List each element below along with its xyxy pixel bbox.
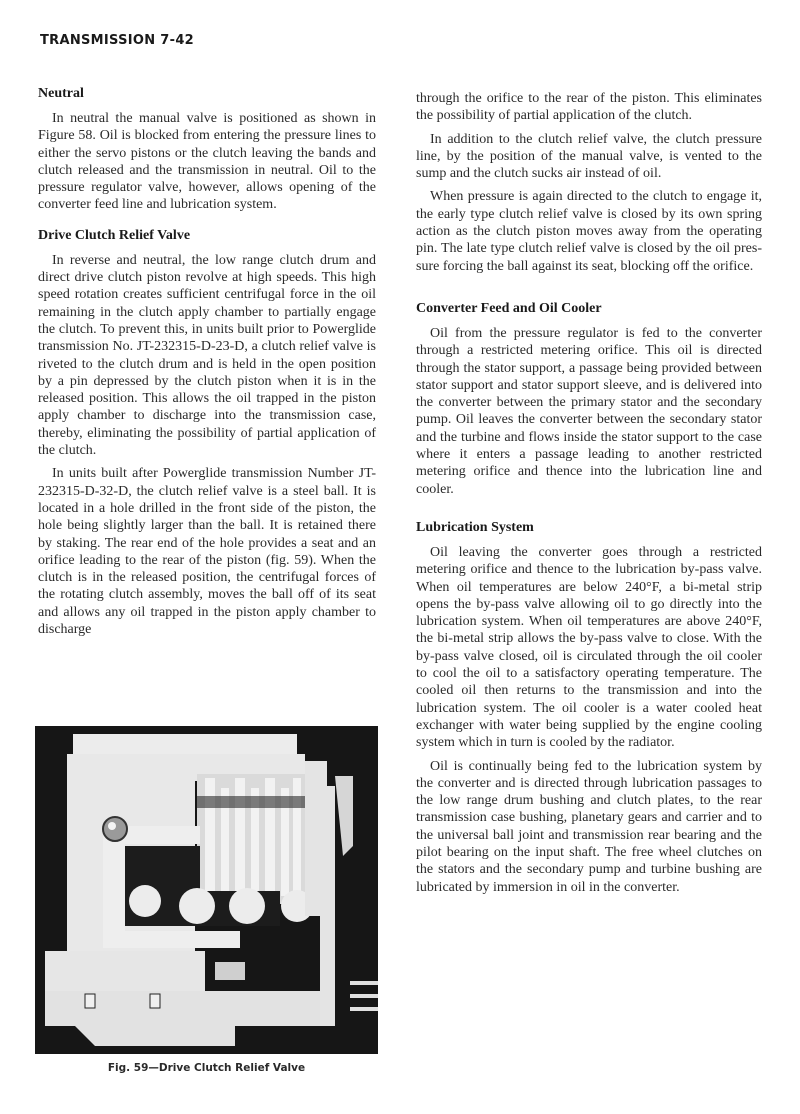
right-column: through the orifice to the rear of the p… xyxy=(416,90,762,910)
left-column: Neutral In neutral the manual valve is p… xyxy=(38,86,376,652)
paragraph: In addition to the clutch relief valve, … xyxy=(416,131,762,183)
section-heading: Lubrication System xyxy=(416,520,762,536)
section-lubrication-system: Lubrication System Oil leaving the conve… xyxy=(416,520,762,896)
section-heading: Drive Clutch Relief Valve xyxy=(38,228,376,244)
paragraph: In neutral the manual valve is positione… xyxy=(38,110,376,214)
section-heading: Neutral xyxy=(38,86,376,102)
paragraph: When pressure is again directed to the c… xyxy=(416,188,762,274)
paragraph: In units built after Powerglide transmis… xyxy=(38,465,376,638)
paragraph: Oil is continually being fed to the lubr… xyxy=(416,758,762,896)
section-drive-clutch-relief-valve: Drive Clutch Relief Valve In reverse and… xyxy=(38,228,376,639)
figure-caption: Fig. 59—Drive Clutch Relief Valve xyxy=(35,1062,378,1074)
spacer xyxy=(416,281,762,301)
page-header: TRANSMISSION 7-42 xyxy=(40,33,194,48)
figure-clutch-relief-valve xyxy=(35,726,378,1054)
paragraph: Oil from the pressure regulator is fed t… xyxy=(416,325,762,498)
section-heading: Converter Feed and Oil Cooler xyxy=(416,301,762,317)
section-converter-feed: Converter Feed and Oil Cooler Oil from t… xyxy=(416,301,762,498)
paragraph: Oil leaving the converter goes through a… xyxy=(416,544,762,752)
spacer xyxy=(416,512,762,520)
paragraph: through the orifice to the rear of the p… xyxy=(416,90,762,125)
section-neutral: Neutral In neutral the manual valve is p… xyxy=(38,86,376,214)
paragraph: In reverse and neutral, the low range cl… xyxy=(38,252,376,460)
clutch-cross-section-illustration xyxy=(35,726,378,1054)
